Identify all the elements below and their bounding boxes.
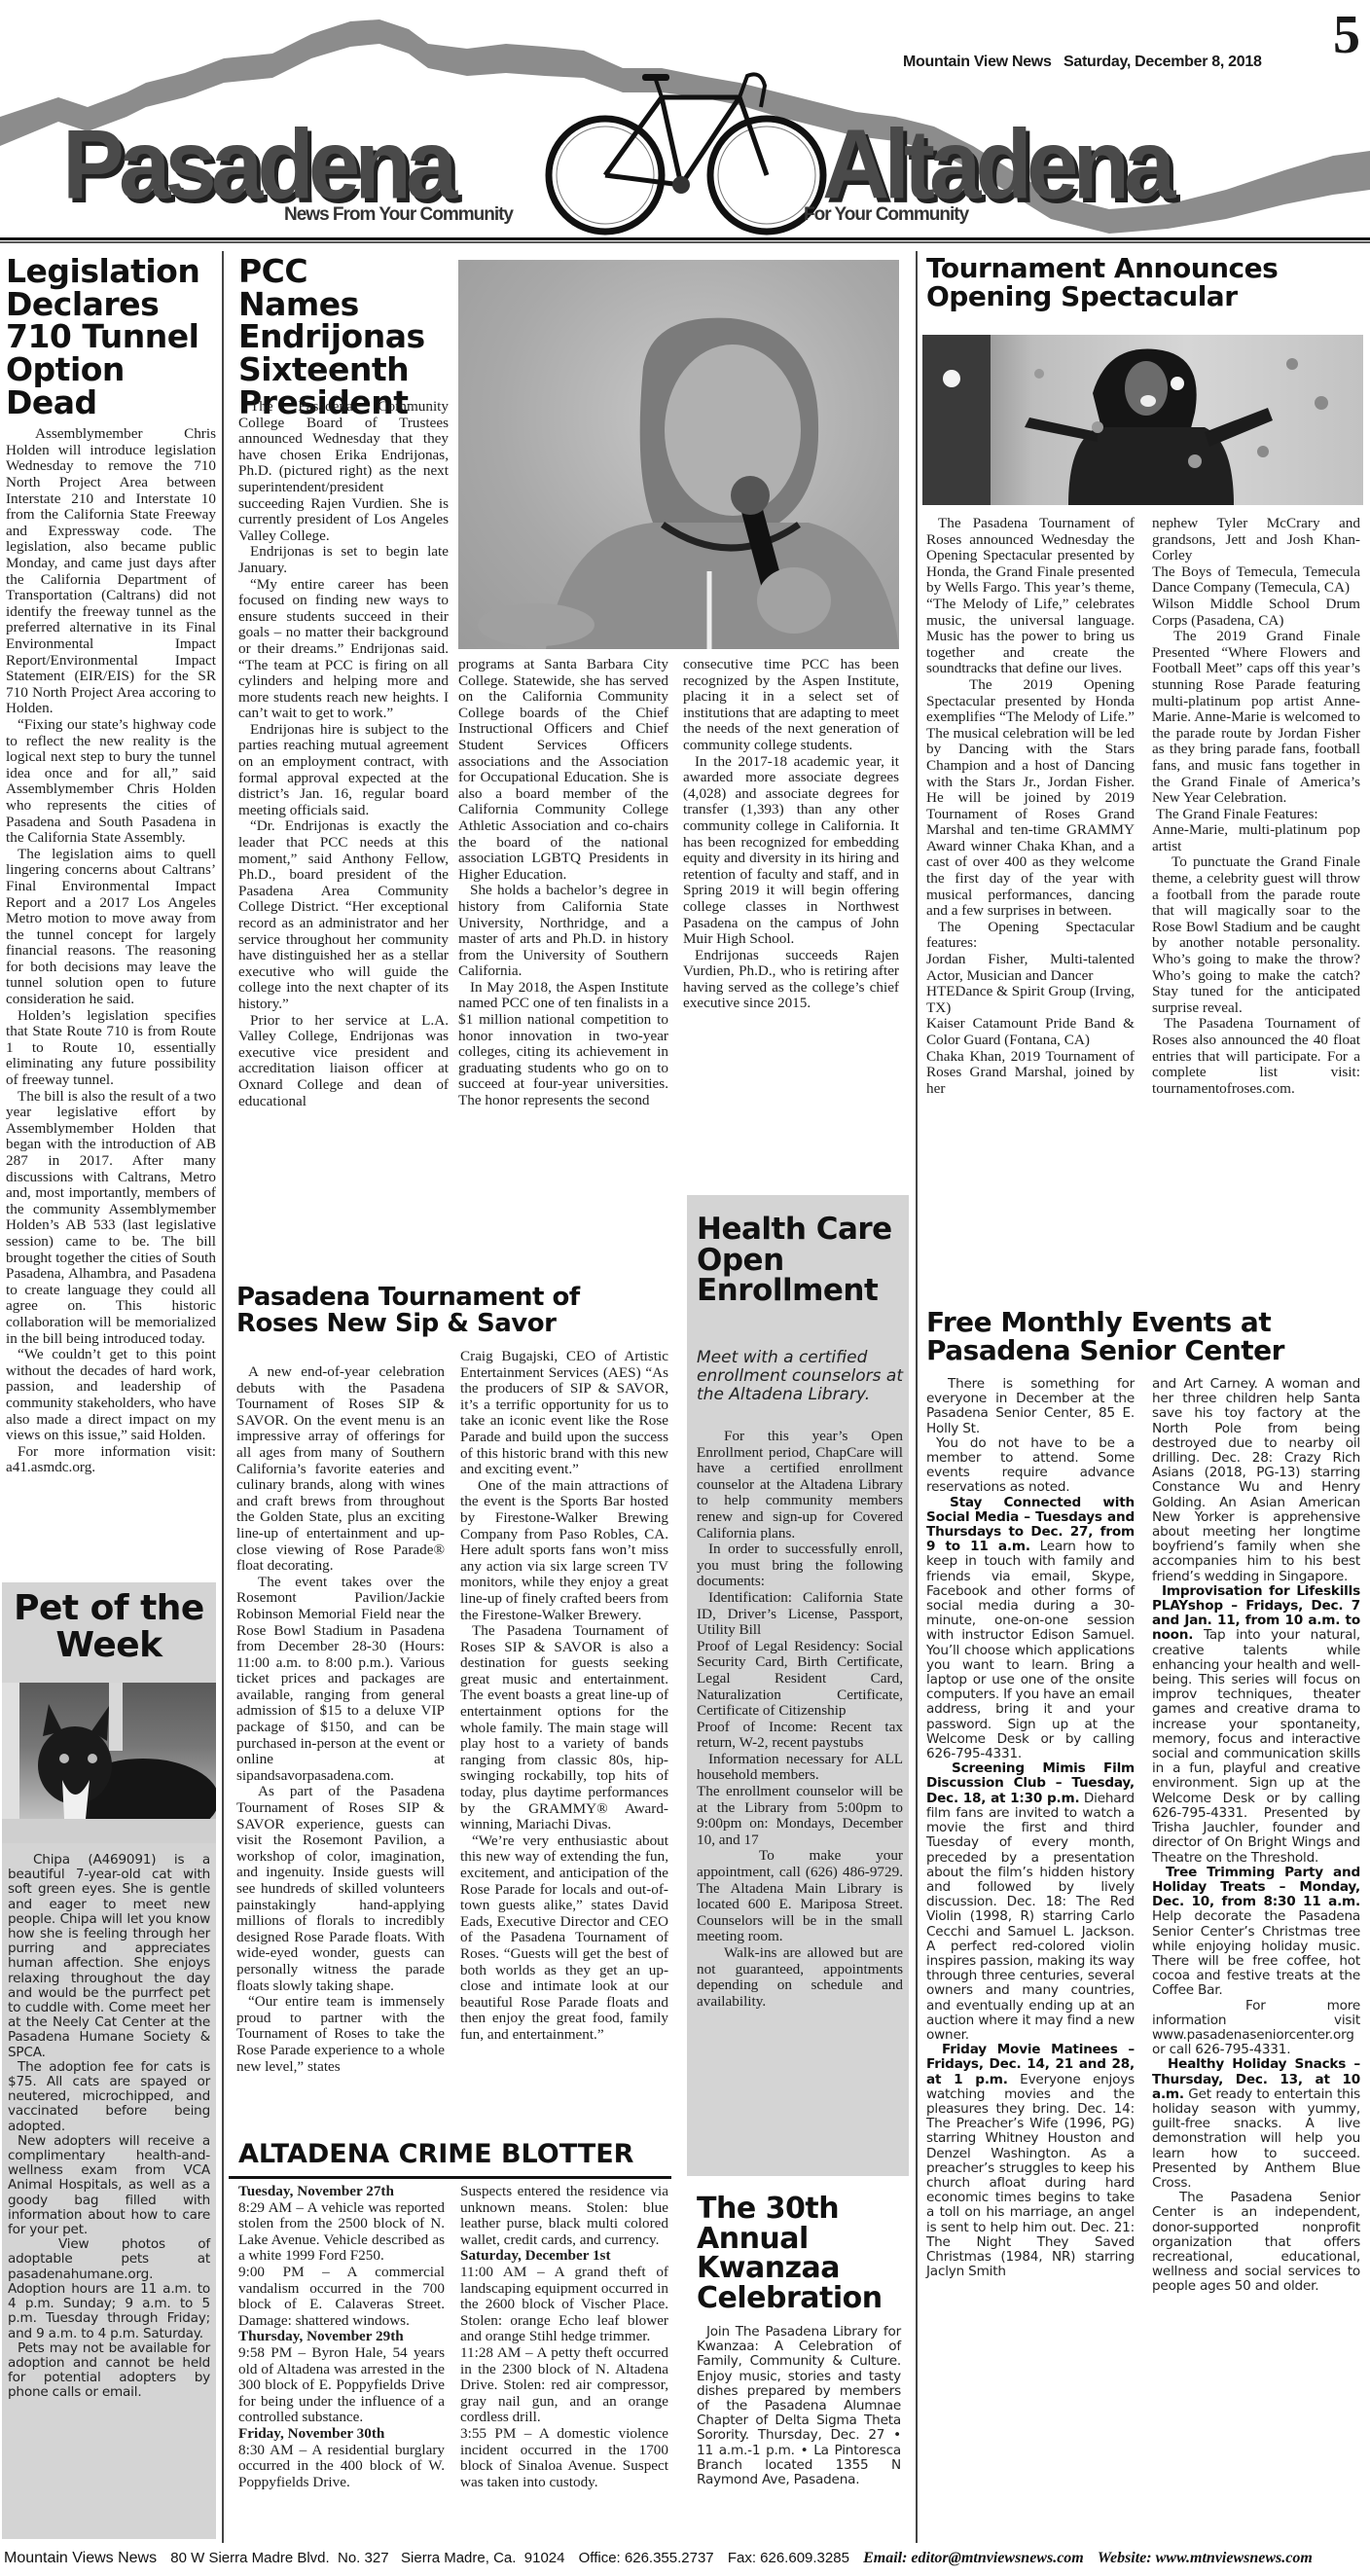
headline: PCC Names Endrijonas Sixteenth President xyxy=(238,255,433,418)
paragraph: To punctuate the Grand Finale theme, a c… xyxy=(1152,854,1360,1016)
paragraph: “We’re very enthusiastic about this new … xyxy=(460,1833,668,2044)
column-divider xyxy=(916,251,918,2543)
pcc-president-photo xyxy=(458,260,899,649)
headline: Health Care Open Enrollment xyxy=(697,1215,906,1307)
article-pet-of-the-week: Pet of the Week Chipa (A469091) is a bea… xyxy=(2,1582,216,2539)
paragraph: The Grand Finale Features: xyxy=(1152,807,1360,823)
paragraph: Proof of Legal Residency: Social Securit… xyxy=(697,1639,903,1720)
paragraph: Healthy Holiday Snacks – Thursday, Dec. … xyxy=(1152,2057,1360,2191)
crime-entry: 11:28 AM – A petty theft occurred in the… xyxy=(460,2345,668,2426)
paragraph: View photos of adoptable pets at pasaden… xyxy=(8,2237,210,2340)
footer-website-link[interactable]: Website: www.mtnviewsnews.com xyxy=(1098,2550,1313,2566)
crime-day: Saturday, December 1st xyxy=(460,2248,668,2265)
crime-day: Tuesday, November 27th xyxy=(238,2184,445,2200)
paragraph: There is something for everyone in Decem… xyxy=(926,1377,1135,1436)
paragraph: “We couldn’t get to this point without t… xyxy=(6,1347,216,1444)
paragraph: You do not have to be a member to attend… xyxy=(926,1436,1135,1496)
paragraph: Holden’s legislation specifies that Stat… xyxy=(6,1008,216,1089)
crime-text: 3:55 PM – A domestic violence incident o… xyxy=(460,2425,668,2490)
paragraph: Prior to her service at L.A. Valley Coll… xyxy=(238,1013,449,1110)
paragraph: Information necessary for ALL household … xyxy=(697,1752,903,1784)
headline: Legislation Declares 710 Tunnel Option D… xyxy=(6,255,216,418)
paragraph: For more information visit: a41.asmdc.or… xyxy=(6,1444,216,1476)
performer-image xyxy=(922,335,1363,505)
paragraph: As part of the Pasadena Tournament of Ro… xyxy=(236,1784,445,1994)
page-number: 5 xyxy=(1333,4,1360,66)
article-senior-center: Free Monthly Events at Pasadena Senior C… xyxy=(922,1309,1365,2545)
paragraph: A new end-of-year celebration debuts wit… xyxy=(236,1364,445,1575)
paragraph: Chaka Khan, 2019 Tournament of Roses Gra… xyxy=(926,1049,1135,1098)
paragraph: Pets may not be available for adoption a… xyxy=(8,2341,210,2401)
crime-column-1: Tuesday, November 27th8:29 AM – A vehicl… xyxy=(238,2184,445,2490)
paragraph: HTEDance & Spirit Group (Irving, TX) xyxy=(926,984,1135,1016)
paragraph: The enrollment counselor will be at the … xyxy=(697,1784,903,1848)
article-crime-blotter: ALTADENA CRIME BLOTTER Tuesday, November… xyxy=(229,2141,671,2545)
opening-column-1: The Pasadena Tournament of Roses announc… xyxy=(926,516,1135,1097)
paragraph: For this year’s Open Enrollment period, … xyxy=(697,1429,903,1542)
pcc-column-1: The Pasadena Community College Board of … xyxy=(238,399,449,1109)
cat-image xyxy=(2,1683,216,1843)
crime-entry: Suspects entered the residence via unkno… xyxy=(460,2184,668,2248)
paragraph: Chipa (A469091) is a beautiful 7-year-ol… xyxy=(8,1853,210,2060)
paragraph: The Pasadena Senior Center is an indepen… xyxy=(1152,2191,1360,2294)
crime-day: Thursday, November 29th xyxy=(238,2329,445,2345)
paragraph: Join The Pasadena Library for Kwanzaa: A… xyxy=(697,2325,901,2487)
paragraph: Walk-ins are allowed but are not guarant… xyxy=(697,1945,903,2010)
senior-column-1: There is something for everyone in Decem… xyxy=(926,1377,1135,2279)
paragraph: Endrijonas is set to begin late January. xyxy=(238,544,449,576)
headline: ALTADENA CRIME BLOTTER xyxy=(238,2141,633,2168)
masthead: 5 Mountain View News Saturday, December … xyxy=(0,0,1370,243)
crime-entry: Saturday, December 1st11:00 AM – A grand… xyxy=(460,2248,668,2345)
paragraph: The Pasadena Tournament of Roses SIP & S… xyxy=(460,1623,668,1833)
crime-entry: Friday, November 30th8:30 AM – A residen… xyxy=(238,2426,445,2490)
paragraph: Craig Bugajski, CEO of Artistic Entertai… xyxy=(460,1349,668,1478)
paragraph: Stay Connected with Social Media – Tuesd… xyxy=(926,1496,1135,1762)
headline: The 30th Annual Kwanzaa Celebration xyxy=(697,2195,906,2313)
paragraph: The 2019 Opening Spectacular presented b… xyxy=(926,677,1135,920)
opening-spectacular-photo xyxy=(922,335,1363,505)
paragraph: “Our entire team is immensely proud to p… xyxy=(236,1994,445,2075)
crime-text: 11:00 AM – A grand theft of landscaping … xyxy=(460,2264,668,2344)
crime-day: Friday, November 30th xyxy=(238,2426,445,2443)
paragraph: One of the main attractions of the event… xyxy=(460,1478,668,1623)
paragraph: Endrijonas succeeds Rajen Vurdien, Ph.D.… xyxy=(683,948,899,1012)
paragraph: The Pasadena Tournament of Roses also an… xyxy=(1152,1016,1360,1097)
headline: Pet of the Week xyxy=(2,1582,216,1664)
paragraph: To make your appointment, call (626) 486… xyxy=(697,1848,903,1945)
article-kwanzaa: The 30th Annual Kwanzaa Celebration Join… xyxy=(687,2195,909,2545)
paragraph: “Dr. Endrijonas is exactly the leader th… xyxy=(238,818,449,1012)
article-health-care-enrollment: Health Care Open Enrollment Meet with a … xyxy=(687,1195,909,2176)
article-pcc-president: PCC Names Endrijonas Sixteenth President… xyxy=(229,255,910,1184)
paragraph: The 2019 Grand Finale Presented “Where F… xyxy=(1152,629,1360,807)
article-sip-and-savor: Pasadena Tournament of Roses New Sip & S… xyxy=(229,1285,671,1966)
paragraph: The Pasadena Tournament of Roses announc… xyxy=(926,516,1135,677)
paragraph: The legislation aims to quell lingering … xyxy=(6,847,216,1008)
footer-fax: Fax: 626.609.3285 xyxy=(728,2550,849,2566)
crime-text: 11:28 AM – A petty theft occurred in the… xyxy=(460,2344,668,2425)
pet-photo xyxy=(2,1683,216,1843)
paragraph: She holds a bachelor’s degree in history… xyxy=(458,883,668,980)
tagline-right: For Your Community xyxy=(804,204,968,226)
paragraph: The adoption fee for cats is $75. All ca… xyxy=(8,2060,210,2134)
headline: Pasadena Tournament of Roses New Sip & S… xyxy=(236,1285,669,1336)
headline: Tournament Announces Opening Spectacular xyxy=(926,255,1364,310)
paragraph: “My entire career has been focused on fi… xyxy=(238,577,449,722)
paragraph: In order to successfully enroll, you mus… xyxy=(697,1542,903,1590)
paragraph: Screening Mimis Film Discussion Club – T… xyxy=(926,1761,1135,2043)
crime-text: 8:29 AM – A vehicle was reported stolen … xyxy=(238,2199,445,2265)
paragraph: In May 2018, the Aspen Institute named P… xyxy=(458,980,668,1109)
crime-text: 9:58 PM – Byron Hale, 54 years old of Al… xyxy=(238,2344,445,2425)
crime-text: Suspects entered the residence via unkno… xyxy=(460,2183,668,2248)
crime-entry: Thursday, November 29th9:58 PM – Byron H… xyxy=(238,2329,445,2426)
paragraph: The Pasadena Community College Board of … xyxy=(238,399,449,544)
paragraph: programs at Santa Barbara City College. … xyxy=(458,657,668,883)
headline: Free Monthly Events at Pasadena Senior C… xyxy=(926,1309,1364,1364)
article-opening-spectacular: Tournament Announces Opening Spectacular… xyxy=(922,255,1365,1296)
paragraph: In the 2017-18 academic year, it awarded… xyxy=(683,754,899,948)
paragraph: Improvisation for Lifeskills PLAYshop – … xyxy=(1152,1584,1360,1866)
pcc-column-2: programs at Santa Barbara City College. … xyxy=(458,657,668,1109)
footer-address: 80 W Sierra Madre Blvd. No. 327 Sierra M… xyxy=(170,2550,564,2566)
crime-text: 9:00 PM – A commercial vandalism occurre… xyxy=(238,2264,445,2329)
tagline-left: News From Your Community xyxy=(284,204,513,226)
sip-column-1: A new end-of-year celebration debuts wit… xyxy=(236,1364,445,2075)
portrait-image xyxy=(458,260,899,649)
paragraph: Anne-Marie, multi-platinum pop artist xyxy=(1152,822,1360,854)
footer-office-phone: Office: 626.355.2737 xyxy=(579,2550,714,2566)
pcc-column-3: consecutive time PCC has been recognized… xyxy=(683,657,899,1012)
sip-column-2: Craig Bugajski, CEO of Artistic Entertai… xyxy=(460,1349,668,2044)
paragraph: Friday Movie Matinees – Fridays, Dec. 14… xyxy=(926,2043,1135,2279)
paragraph: The event takes over the Rosemont Pavili… xyxy=(236,1575,445,1785)
senior-column-2: and Art Carney. A woman and her three ch… xyxy=(1152,1377,1360,2295)
article-body: Chipa (A469091) is a beautiful 7-year-ol… xyxy=(8,1853,210,2401)
paragraph: The Opening Spectacular features: xyxy=(926,920,1135,952)
article-body: Join The Pasadena Library for Kwanzaa: A… xyxy=(697,2325,901,2487)
subhead: Meet with a certified enrollment counsel… xyxy=(697,1349,903,1404)
article-tunnel: Legislation Declares 710 Tunnel Option D… xyxy=(6,255,216,1476)
crime-entry: Tuesday, November 27th8:29 AM – A vehicl… xyxy=(238,2184,445,2265)
paragraph: The Boys of Temecula, Temecula Dance Com… xyxy=(1152,564,1360,597)
paragraph: The bill is also the result of a two yea… xyxy=(6,1089,216,1348)
crime-entry: 9:00 PM – A commercial vandalism occurre… xyxy=(238,2265,445,2329)
crime-text: 8:30 AM – A residential burglary occurre… xyxy=(238,2442,445,2490)
paragraph: For more information visit www.pasadenas… xyxy=(1152,1999,1360,2058)
article-body: For this year’s Open Enrollment period, … xyxy=(697,1429,903,2010)
paragraph: “Fixing our state’s highway code to refl… xyxy=(6,717,216,847)
paragraph: consecutive time PCC has been recognized… xyxy=(683,657,899,754)
paragraph: Jordan Fisher, Multi-talented Actor, Mus… xyxy=(926,952,1135,984)
paragraph: Wilson Middle School Drum Corps (Pasaden… xyxy=(1152,597,1360,629)
paragraph: Kaiser Catamount Pride Band & Color Guar… xyxy=(926,1016,1135,1048)
crime-blotter-rule xyxy=(229,2176,671,2179)
opening-column-2: nephew Tyler McCrary and grandsons, Jett… xyxy=(1152,516,1360,1097)
crime-entry: 3:55 PM – A domestic violence incident o… xyxy=(460,2426,668,2490)
footer-email-link[interactable]: Email: editor@mtnviewsnews.com xyxy=(863,2550,1084,2566)
paragraph: Identification: California State ID, Dri… xyxy=(697,1590,903,1639)
column-divider xyxy=(222,251,224,2543)
paragraph: and Art Carney. A woman and her three ch… xyxy=(1152,1377,1360,1584)
paragraph: Proof of Income: Recent tax return, W-2,… xyxy=(697,1720,903,1752)
paragraph: Tree Trimming Party and Holiday Treats –… xyxy=(1152,1866,1360,1999)
bicycle-icon xyxy=(545,68,827,238)
footer-publication-name: Mountain Views News xyxy=(4,2550,157,2566)
footer: Mountain Views News 80 W Sierra Madre Bl… xyxy=(0,2550,1370,2576)
paragraph: New adopters will receive a complimentar… xyxy=(8,2134,210,2237)
dateline: Mountain View News Saturday, December 8,… xyxy=(903,54,1262,71)
paragraph: Endrijonas hire is subject to the partie… xyxy=(238,722,449,819)
paragraph: Assemblymember Chris Holden will introdu… xyxy=(6,426,216,717)
masthead-rule xyxy=(0,237,1370,243)
crime-column-2: Suspects entered the residence via unkno… xyxy=(460,2184,668,2490)
paragraph: nephew Tyler McCrary and grandsons, Jett… xyxy=(1152,516,1360,564)
article-body: Assemblymember Chris Holden will introdu… xyxy=(6,426,216,1476)
